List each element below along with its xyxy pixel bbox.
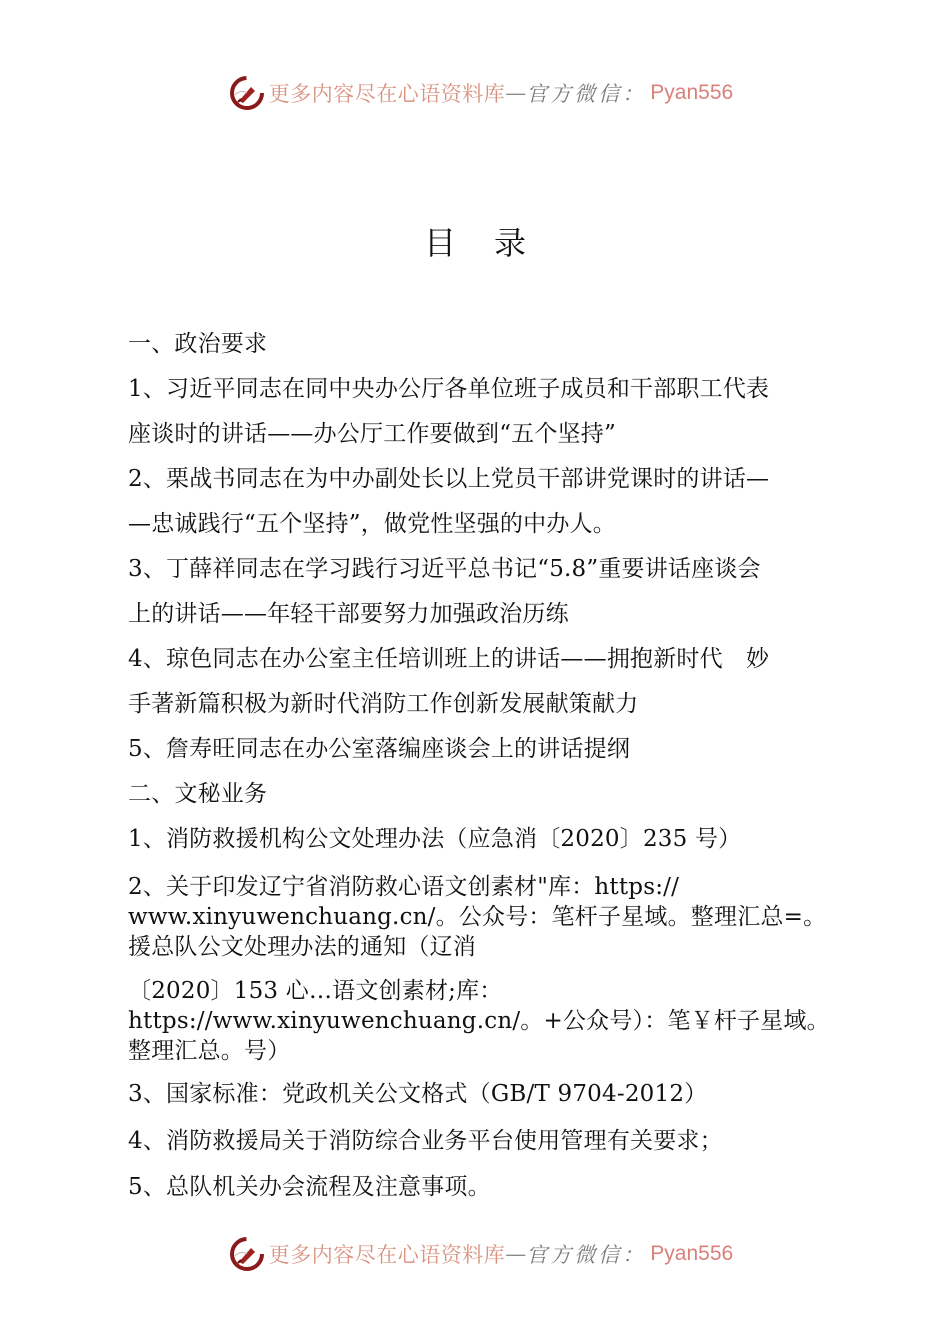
toc-item-line: 座谈时的讲话——办公厅工作要做到“五个坚持” (128, 419, 616, 449)
toc-item-line: 3、国家标准：党政机关公文格式（GB/T 9704-2012） (128, 1079, 707, 1109)
toc-item-line: 4、琼色同志在办公室主任培训班上的讲话——拥抱新时代 妙 (128, 644, 769, 674)
toc-item-line: https://www.xinyuwenchuang.cn/。+公众号）：笔￥杆… (128, 1006, 830, 1036)
watermark-wechat-id: Pyan556 (650, 1242, 733, 1266)
pen-nib-logo-icon (229, 1236, 265, 1272)
toc-item-line: www.xinyuwenchuang.cn/。公众号：笔杆子星域。整理汇总=。 (128, 902, 826, 932)
watermark-separator: — (505, 1242, 526, 1266)
toc-item-line: 上的讲话——年轻干部要努力加强政治历练 (128, 599, 569, 629)
toc-item-line: 5、詹寿旺同志在办公室落编座谈会上的讲话提纲 (128, 734, 630, 764)
page-title: 目录 (0, 218, 950, 264)
pen-nib-logo-icon (229, 75, 265, 111)
toc-item-line: 4、消防救援局关于消防综合业务平台使用管理有关要求； (128, 1126, 723, 1156)
watermark-official-label: 官方微信： (526, 78, 646, 108)
toc-item-line: 援总队公文处理办法的通知（辽消 (128, 932, 476, 962)
watermark-wechat-id: Pyan556 (650, 81, 733, 105)
watermark-separator: — (505, 81, 526, 105)
toc-item-line: 〔2020〕153 心…语文创素材;库： (128, 976, 503, 1006)
toc-item-line: 3、丁薛祥同志在学习践行习近平总书记“5.8”重要讲话座谈会 (128, 554, 761, 584)
toc-item-line: 1、习近平同志在同中央办公厅各单位班子成员和干部职工代表 (128, 374, 769, 404)
section-heading-political: 一、政治要求 (128, 329, 267, 359)
toc-item-line: 手著新篇积极为新时代消防工作创新发展献策献力 (128, 689, 638, 719)
toc-item-line: 2、关于印发辽宁省消防救心语文创素材"库：https:// (128, 872, 679, 902)
toc-item-line: 1、消防救援机构公文处理办法（应急消〔2020〕235 号） (128, 824, 741, 854)
toc-item-line: 整理汇总。号） (128, 1036, 290, 1066)
toc-item-line: 5、总队机关办会流程及注意事项。 (128, 1172, 491, 1202)
section-heading-secretarial: 二、文秘业务 (128, 779, 267, 809)
toc-item-line: 2、栗战书同志在为中办副处长以上党员干部讲党课时的讲话— (128, 464, 769, 494)
watermark-main-text: 更多内容尽在心语资料库 (269, 1239, 506, 1269)
footer-watermark: 更多内容尽在心语资料库 — 官方微信： Pyan556 (0, 1232, 950, 1276)
watermark-main-text: 更多内容尽在心语资料库 (269, 78, 506, 108)
watermark-official-label: 官方微信： (526, 1239, 646, 1269)
header-watermark: 更多内容尽在心语资料库 — 官方微信： Pyan556 (0, 71, 950, 115)
toc-item-line: —忠诚践行“五个坚持”，做党性坚强的中办人。 (128, 509, 616, 539)
